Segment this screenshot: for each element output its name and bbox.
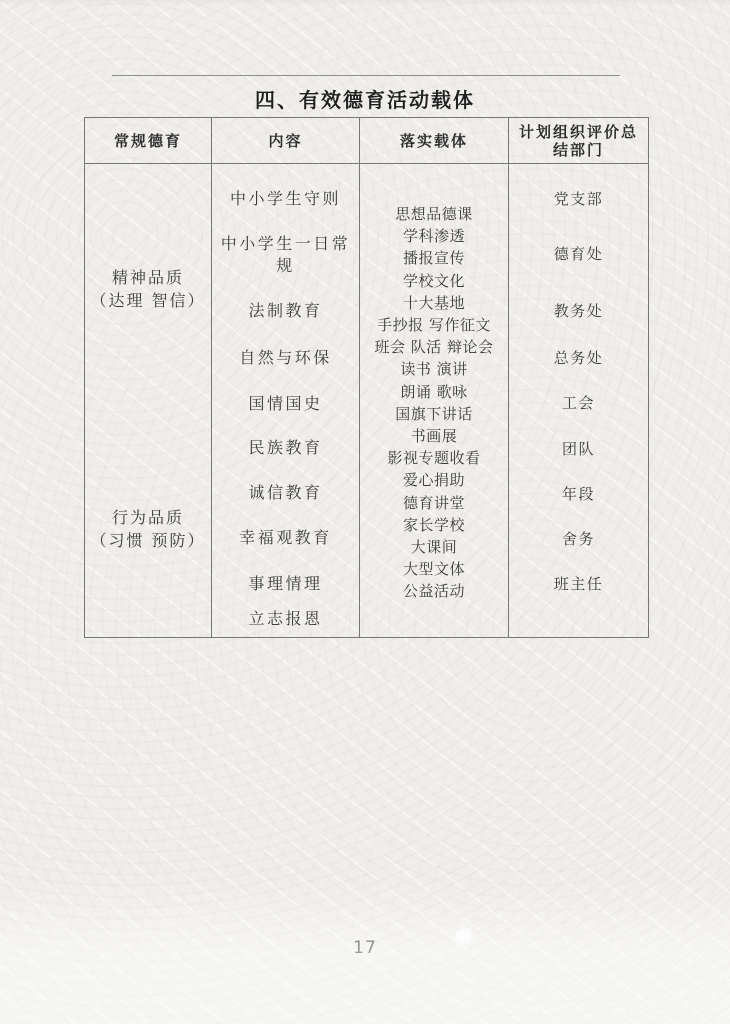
carrier-item: 家长学校: [360, 514, 508, 536]
department-item: 舍务: [509, 528, 648, 550]
column-header-departments: 计划组织评价总结部门: [509, 118, 648, 163]
carrier-item: 公益活动: [360, 580, 508, 602]
content-item: 事理情理: [212, 573, 359, 595]
column-header-content: 内容: [212, 118, 360, 163]
carrier-item: 手抄报 写作征文: [360, 314, 508, 336]
department-item: 团队: [509, 438, 648, 460]
content-item: 立志报恩: [212, 608, 359, 630]
department-item: 德育处: [509, 243, 648, 265]
content-item: 民族教育: [212, 437, 359, 459]
cell-departments: 党支部 德育处 教务处 总务处 工会 团队 年段 舍务 班主任: [509, 164, 648, 638]
table-header-row: 常规德育 内容 落实载体 计划组织评价总结部门: [85, 118, 648, 164]
category-name: 行为品质: [85, 506, 211, 529]
category-group: 行为品质 （习惯 预防）: [85, 506, 211, 552]
category-subtitle: （达理 智信）: [85, 289, 211, 312]
category-subtitle: （习惯 预防）: [85, 529, 211, 552]
header-rule: [112, 75, 620, 76]
page-number: 17: [0, 938, 730, 958]
department-item: 教务处: [509, 300, 648, 322]
department-item: 年段: [509, 483, 648, 505]
cell-carriers: 思想品德课 学科渗透 播报宣传 学校文化 十大基地 手抄报 写作征文 班会 队活…: [360, 164, 509, 638]
carrier-item: 德育讲堂: [360, 492, 508, 514]
scanned-document-page: 四、有效德育活动载体 常规德育 内容 落实载体 计划组织评价总结部门 精神品质 …: [0, 0, 730, 1024]
carrier-item: 学校文化: [360, 270, 508, 292]
carrier-item: 朗诵 歌咏: [360, 381, 508, 403]
content-item: 中小学生守则: [212, 188, 359, 210]
carrier-item: 思想品德课: [360, 203, 508, 225]
column-header-carriers: 落实载体: [360, 118, 509, 163]
carrier-item: 读书 演讲: [360, 358, 508, 380]
category-group: 精神品质 （达理 智信）: [85, 266, 211, 312]
content-item: 法制教育: [212, 300, 359, 322]
carrier-item: 书画展: [360, 425, 508, 447]
carrier-item: 播报宣传: [360, 247, 508, 269]
carriers-list: 思想品德课 学科渗透 播报宣传 学校文化 十大基地 手抄报 写作征文 班会 队活…: [360, 164, 508, 603]
carrier-item: 国旗下讲话: [360, 403, 508, 425]
carrier-item: 班会 队活 辩论会: [360, 336, 508, 358]
department-item: 工会: [509, 392, 648, 414]
category-name: 精神品质: [85, 266, 211, 289]
carrier-item: 爱心捐助: [360, 469, 508, 491]
content-item: 幸福观教育: [212, 527, 359, 549]
content-item: 国情国史: [212, 393, 359, 415]
carrier-item: 大型文体: [360, 558, 508, 580]
content-item: 自然与环保: [212, 347, 359, 369]
carrier-item: 大课间: [360, 536, 508, 558]
content-item: 中小学生一日常规: [212, 233, 359, 277]
column-header-regular-moral-education: 常规德育: [85, 118, 212, 163]
department-item: 党支部: [509, 188, 648, 210]
carrier-item: 学科渗透: [360, 225, 508, 247]
department-item: 总务处: [509, 347, 648, 369]
carrier-item: 影视专题收看: [360, 447, 508, 469]
content-item: 诚信教育: [212, 482, 359, 504]
department-item: 班主任: [509, 573, 648, 595]
table-body-row: 精神品质 （达理 智信） 行为品质 （习惯 预防） 中小学生守则 中小学生一日常…: [85, 164, 648, 638]
moral-education-table: 常规德育 内容 落实载体 计划组织评价总结部门 精神品质 （达理 智信） 行为品…: [84, 117, 649, 638]
carrier-item: 十大基地: [360, 292, 508, 314]
cell-categories: 精神品质 （达理 智信） 行为品质 （习惯 预防）: [85, 164, 212, 638]
page-title: 四、有效德育活动载体: [0, 84, 730, 113]
cell-contents: 中小学生守则 中小学生一日常规 法制教育 自然与环保 国情国史 民族教育 诚信教…: [212, 164, 360, 638]
